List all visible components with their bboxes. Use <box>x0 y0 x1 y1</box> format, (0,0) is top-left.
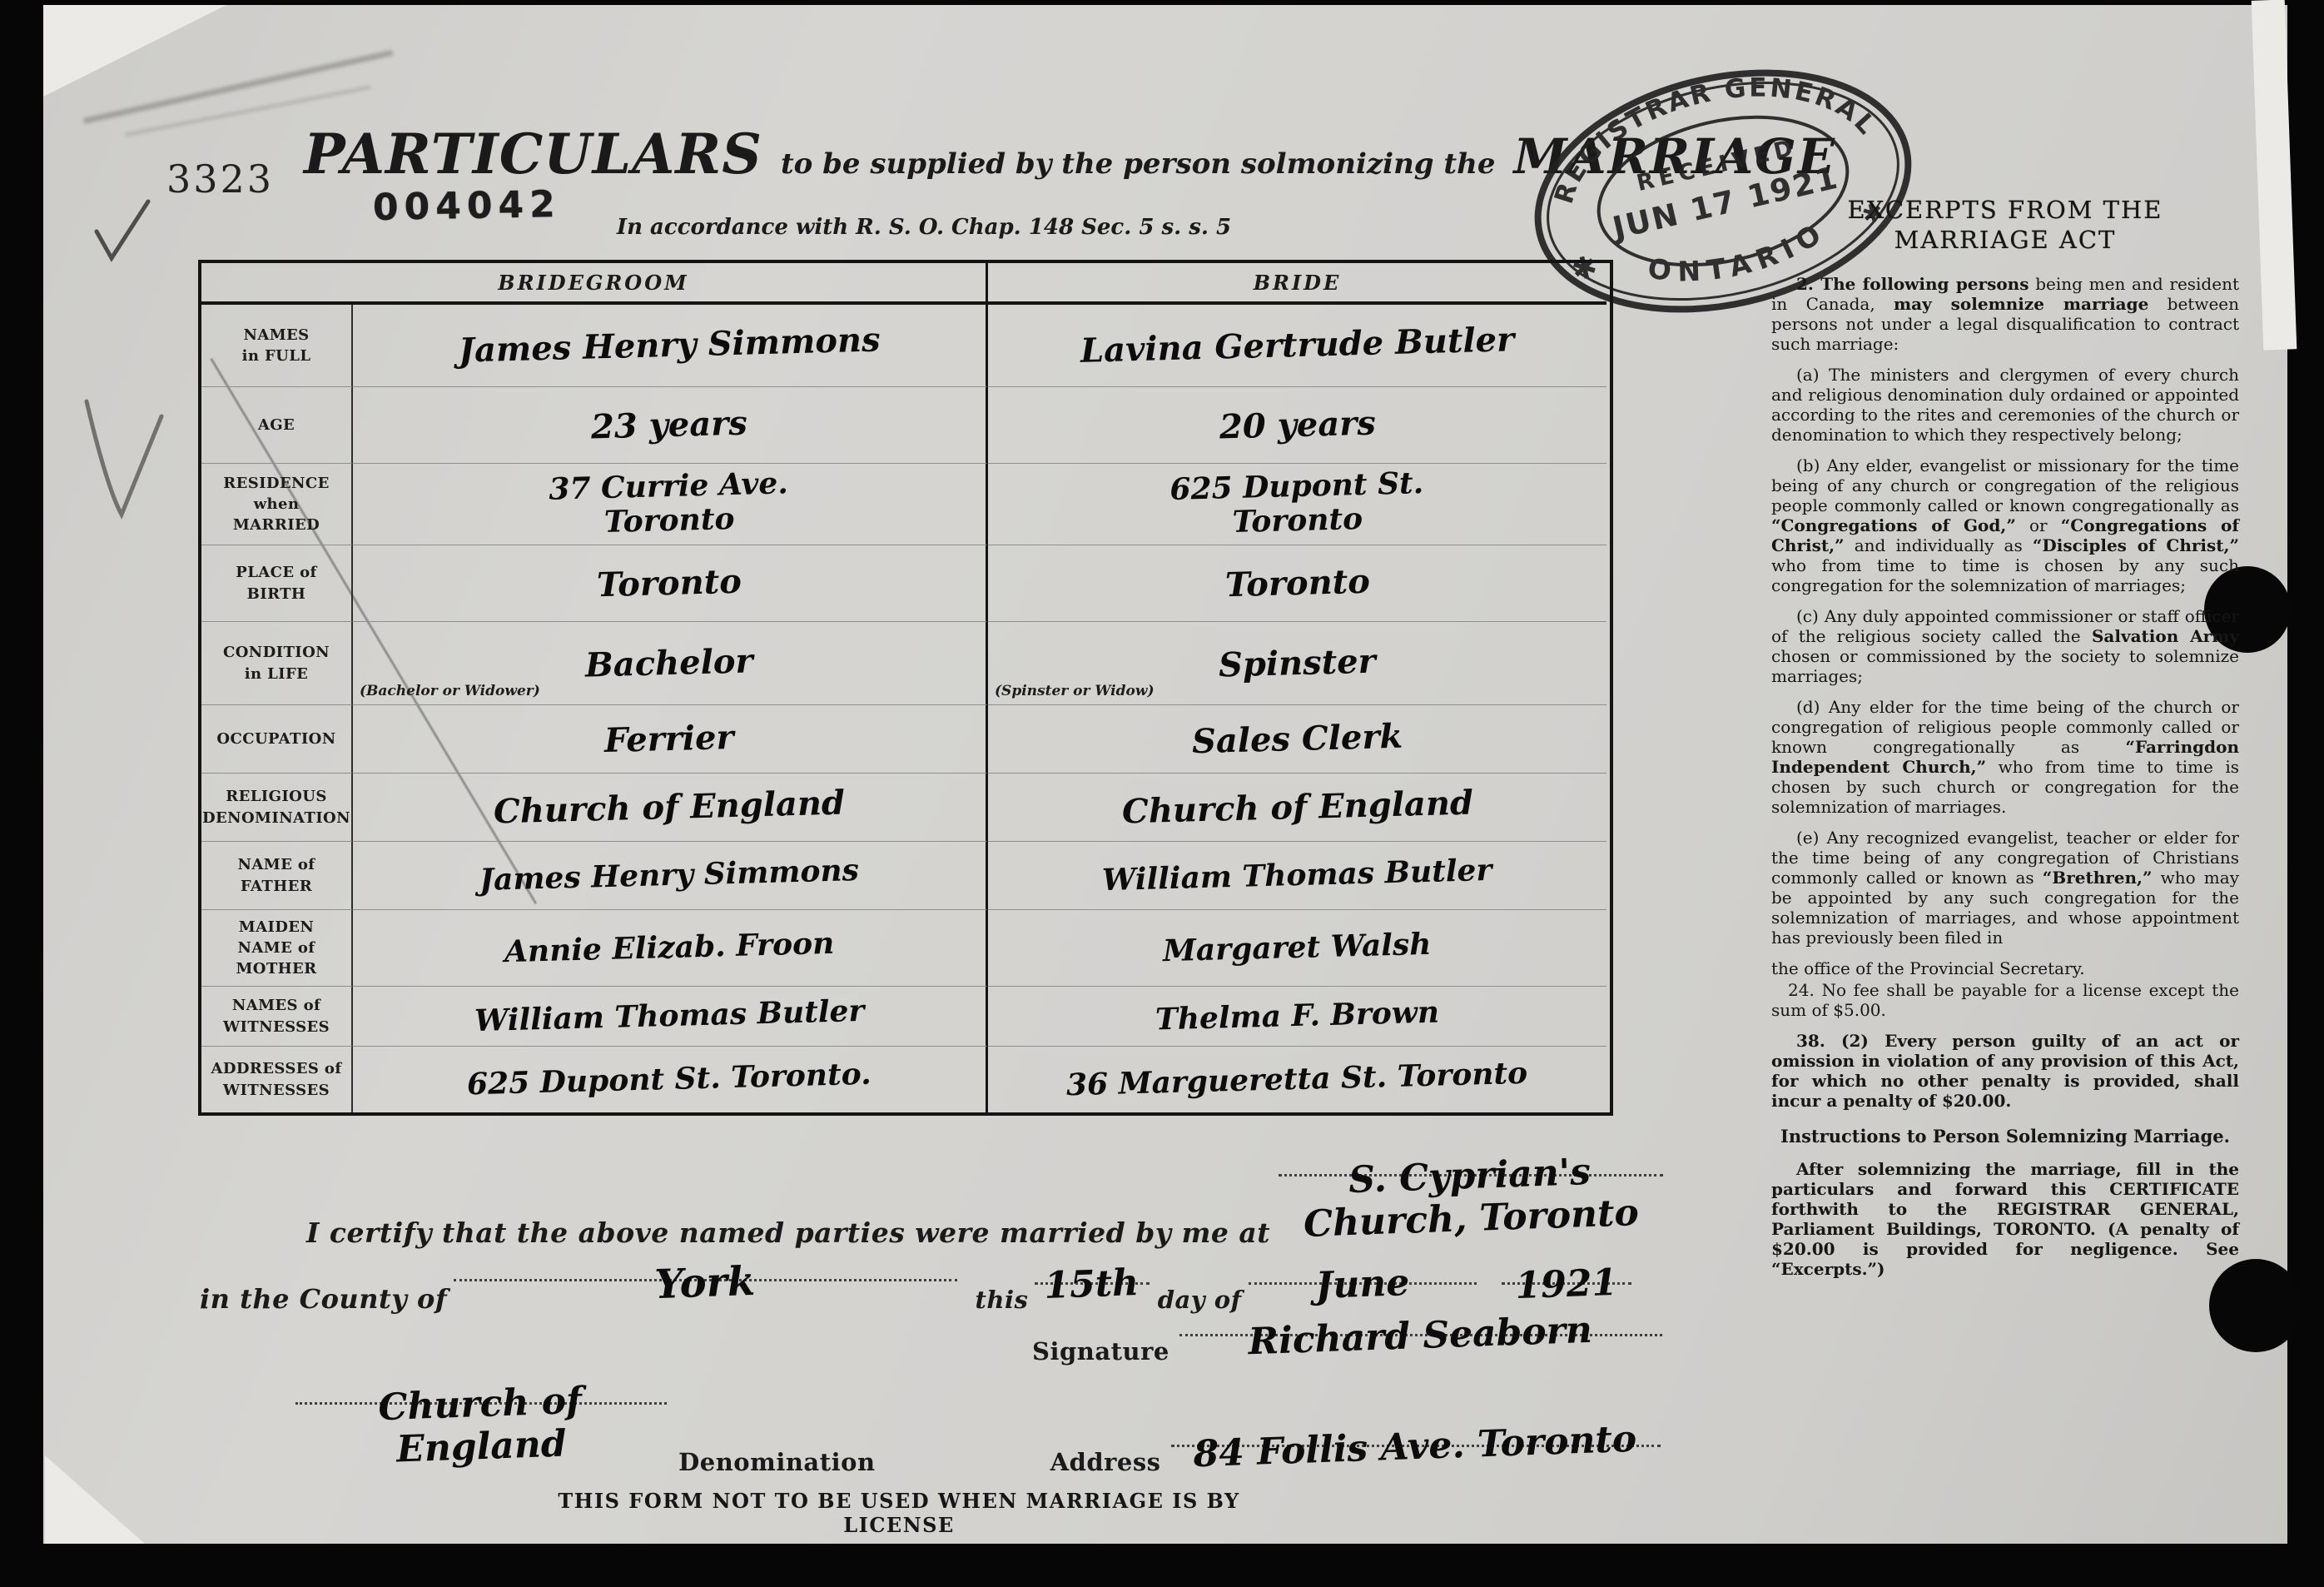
bachelor-or-widower-hint: (Bachelor or Widower) <box>360 683 540 699</box>
bridegroom-religion-handwriting: Church of England <box>493 784 845 831</box>
address-label: Address <box>1050 1448 1161 1476</box>
bride-age-cell: 20 years <box>988 386 1606 463</box>
excerpt-clause-e-continued: the office of the Provincial Secretary. <box>1771 958 2239 978</box>
month-blank: June <box>1249 1276 1477 1285</box>
bride-birthplace-cell: Toronto <box>988 545 1606 621</box>
day-of-label: day of <box>1158 1286 1242 1314</box>
title-particulars: PARTICULARS <box>304 122 762 187</box>
license-notice: THIS FORM NOT TO BE USED WHEN MARRIAGE I… <box>516 1489 1282 1537</box>
excerpt-clause-a: (a) The ministers and clergymen of every… <box>1771 365 2239 445</box>
married-at-handwriting: S. Cyprian's Church, Toronto <box>1277 1149 1664 1246</box>
excerpt-clause-c: (c) Any duly appointed commissioner or s… <box>1771 606 2239 686</box>
serial-number: 3323 <box>166 157 274 201</box>
bride-witness-handwriting: Thelma F. Brown <box>1155 995 1439 1037</box>
bridegroom-age-cell: 23 years <box>353 386 988 463</box>
signature-label: Signature <box>1032 1337 1169 1366</box>
bride-occupation-cell: Sales Clerk <box>988 704 1606 773</box>
denomination-blank: Church of England <box>295 1395 667 1405</box>
row-label-residence: RESIDENCE when MARRIED <box>201 463 353 545</box>
row-label-mother: MAIDEN NAME of MOTHER <box>201 909 353 986</box>
instructions-paragraph: After solemnizing the marriage, fill in … <box>1771 1159 2239 1279</box>
excerpt-section-38: 38. (2) Every person guilty of an act or… <box>1771 1031 2239 1111</box>
bride-mother-cell: Margaret Walsh <box>988 909 1606 986</box>
bride-birthplace-handwriting: Toronto <box>1224 562 1370 604</box>
day-blank: 15th <box>1035 1276 1149 1285</box>
bride-name-cell: Lavina Gertrude Butler <box>988 305 1606 386</box>
form-title: PARTICULARS to be supplied by the person… <box>304 122 1619 187</box>
certify-prefix-text: I certify that the above named parties w… <box>306 1216 1270 1249</box>
address-handwriting: 84 Follis Ave. Toronto <box>1193 1418 1637 1475</box>
registration-number-stamp: 004042 <box>373 183 562 229</box>
scanned-marriage-certificate: 3323 PARTICULARS to be supplied by the p… <box>0 0 2324 1587</box>
county-handwriting: York <box>654 1259 757 1308</box>
bridegroom-name-handwriting: James Henry Simmons <box>458 321 881 370</box>
address-blank: 84 Follis Ave. Toronto <box>1171 1438 1661 1447</box>
bridegroom-mother-handwriting: Annie Elizab. Froon <box>504 927 834 970</box>
bride-residence-cell: 625 Dupont St. Toronto <box>988 463 1606 545</box>
bride-condition-handwriting: Spinster <box>1219 642 1377 684</box>
bride-father-cell: William Thomas Butler <box>988 841 1606 909</box>
excerpt-clause-d: (d) Any elder for the time being of the … <box>1771 697 2239 817</box>
bride-residence-handwriting: 625 Dupont St. Toronto <box>1169 466 1425 542</box>
this-label: this <box>976 1286 1029 1314</box>
bride-name-handwriting: Lavina Gertrude Butler <box>1080 321 1514 371</box>
bride-religion-handwriting: Church of England <box>1121 784 1473 831</box>
married-at-blank: S. Cyprian's Church, Toronto <box>1279 1167 1663 1177</box>
month-handwriting: June <box>1314 1262 1409 1307</box>
denomination-label: Denomination <box>678 1448 875 1476</box>
year-suffix-handwriting: 21 <box>1566 1261 1618 1306</box>
row-label-age: AGE <box>201 386 353 463</box>
signature-blank: Richard Seaborn <box>1179 1327 1662 1336</box>
certify-line: I certify that the above named parties w… <box>306 1167 1663 1249</box>
bridegroom-occupation-handwriting: Ferrier <box>604 718 735 759</box>
excerpt-clause-b: (b) Any elder, evangelist or missionary … <box>1771 455 2239 595</box>
year-handwriting: 1921 <box>1515 1262 1618 1308</box>
bridegroom-birthplace-cell: Toronto <box>353 545 988 621</box>
day-handwriting: 15th <box>1044 1262 1140 1308</box>
bridegroom-condition-cell: Bachelor (Bachelor or Widower) <box>353 621 988 704</box>
bridegroom-witness-cell: William Thomas Butler <box>353 986 988 1046</box>
denomination-address-line: Church of England Denomination Address 8… <box>295 1395 1661 1476</box>
instructions-heading: Instructions to Person Solemnizing Marri… <box>1771 1126 2239 1147</box>
particulars-table: BRIDEGROOM BRIDE NAMES in FULL James Hen… <box>198 260 1613 1116</box>
column-header-bride: BRIDE <box>988 263 1606 305</box>
row-label-witness-addresses: ADDRESSES of WITNESSES <box>201 1046 353 1112</box>
row-label-condition: CONDITION in LIFE <box>201 621 353 704</box>
bridegroom-father-cell: James Henry Simmons <box>353 841 988 909</box>
county-date-line: in the County of York this 15th day of J… <box>200 1272 1631 1315</box>
statute-reference: In accordance with R. S. O. Chap. 148 Se… <box>583 215 1265 240</box>
row-label-religion: RELIGIOUS DENOMINATION <box>201 773 353 841</box>
row-label-occupation: OCCUPATION <box>201 704 353 773</box>
bride-religion-cell: Church of England <box>988 773 1606 841</box>
bridegroom-condition-handwriting: Bachelor <box>585 642 754 684</box>
bridegroom-age-handwriting: 23 years <box>591 404 748 446</box>
denomination-handwriting: Church of England <box>294 1377 668 1475</box>
checkmark-left-margin <box>80 393 171 526</box>
excerpts-title: EXCERPTS FROM THE MARRIAGE ACT <box>1771 195 2239 256</box>
scan-edge-bottom <box>0 1544 2324 1587</box>
year-blank: 1921 <box>1502 1276 1631 1285</box>
bridegroom-birthplace-handwriting: Toronto <box>596 562 742 604</box>
row-label-witness-names: NAMES of WITNESSES <box>201 986 353 1046</box>
bride-witness-address-handwriting: 36 Margueretta St. Toronto <box>1066 1057 1528 1103</box>
bridegroom-residence-handwriting: 37 Currie Ave. Toronto <box>549 466 789 541</box>
county-blank: York <box>454 1272 956 1281</box>
bride-mother-handwriting: Margaret Walsh <box>1163 928 1432 969</box>
bridegroom-father-handwriting: James Henry Simmons <box>479 853 860 898</box>
bridegroom-witness-address-handwriting: 625 Dupont St. Toronto. <box>467 1057 872 1102</box>
bridegroom-mother-cell: Annie Elizab. Froon <box>353 909 988 986</box>
excerpt-clause-e: (e) Any recognized evangelist, teacher o… <box>1771 828 2239 948</box>
bridegroom-name-cell: James Henry Simmons <box>353 305 988 386</box>
excerpt-section-24: 24. No fee shall be payable for a licens… <box>1771 980 2239 1020</box>
row-label-father: NAME of FATHER <box>201 841 353 909</box>
excerpts-column: EXCERPTS FROM THE MARRIAGE ACT 2. The fo… <box>1771 195 2239 1290</box>
bridegroom-witness-handwriting: William Thomas Butler <box>474 994 864 1039</box>
row-label-birthplace: PLACE of BIRTH <box>201 545 353 621</box>
year-printed-prefix: 19 <box>1515 1263 1567 1307</box>
spinster-or-widow-hint: (Spinster or Widow) <box>995 683 1155 699</box>
county-prefix-text: in the County of <box>200 1283 447 1315</box>
checkmark-top-left <box>93 197 160 267</box>
bride-occupation-handwriting: Sales Clerk <box>1191 717 1403 761</box>
bridegroom-occupation-cell: Ferrier <box>353 704 988 773</box>
row-label-names: NAMES in FULL <box>201 305 353 386</box>
signature-line: Signature Richard Seaborn <box>1032 1327 1665 1366</box>
bride-condition-cell: Spinster (Spinster or Widow) <box>988 621 1606 704</box>
bride-father-handwriting: William Thomas Butler <box>1102 853 1492 898</box>
bridegroom-residence-cell: 37 Currie Ave. Toronto <box>353 463 988 545</box>
column-header-bridegroom: BRIDEGROOM <box>201 263 988 305</box>
bridegroom-religion-cell: Church of England <box>353 773 988 841</box>
bride-age-handwriting: 20 years <box>1219 404 1376 446</box>
title-middle-text: to be supplied by the person solmonizing… <box>781 147 1496 181</box>
bride-witness-address-cell: 36 Margueretta St. Toronto <box>988 1046 1606 1112</box>
bride-witness-cell: Thelma F. Brown <box>988 986 1606 1046</box>
bridegroom-witness-address-cell: 625 Dupont St. Toronto. <box>353 1046 988 1112</box>
excerpt-section-2: 2. The following persons being men and r… <box>1771 274 2239 354</box>
